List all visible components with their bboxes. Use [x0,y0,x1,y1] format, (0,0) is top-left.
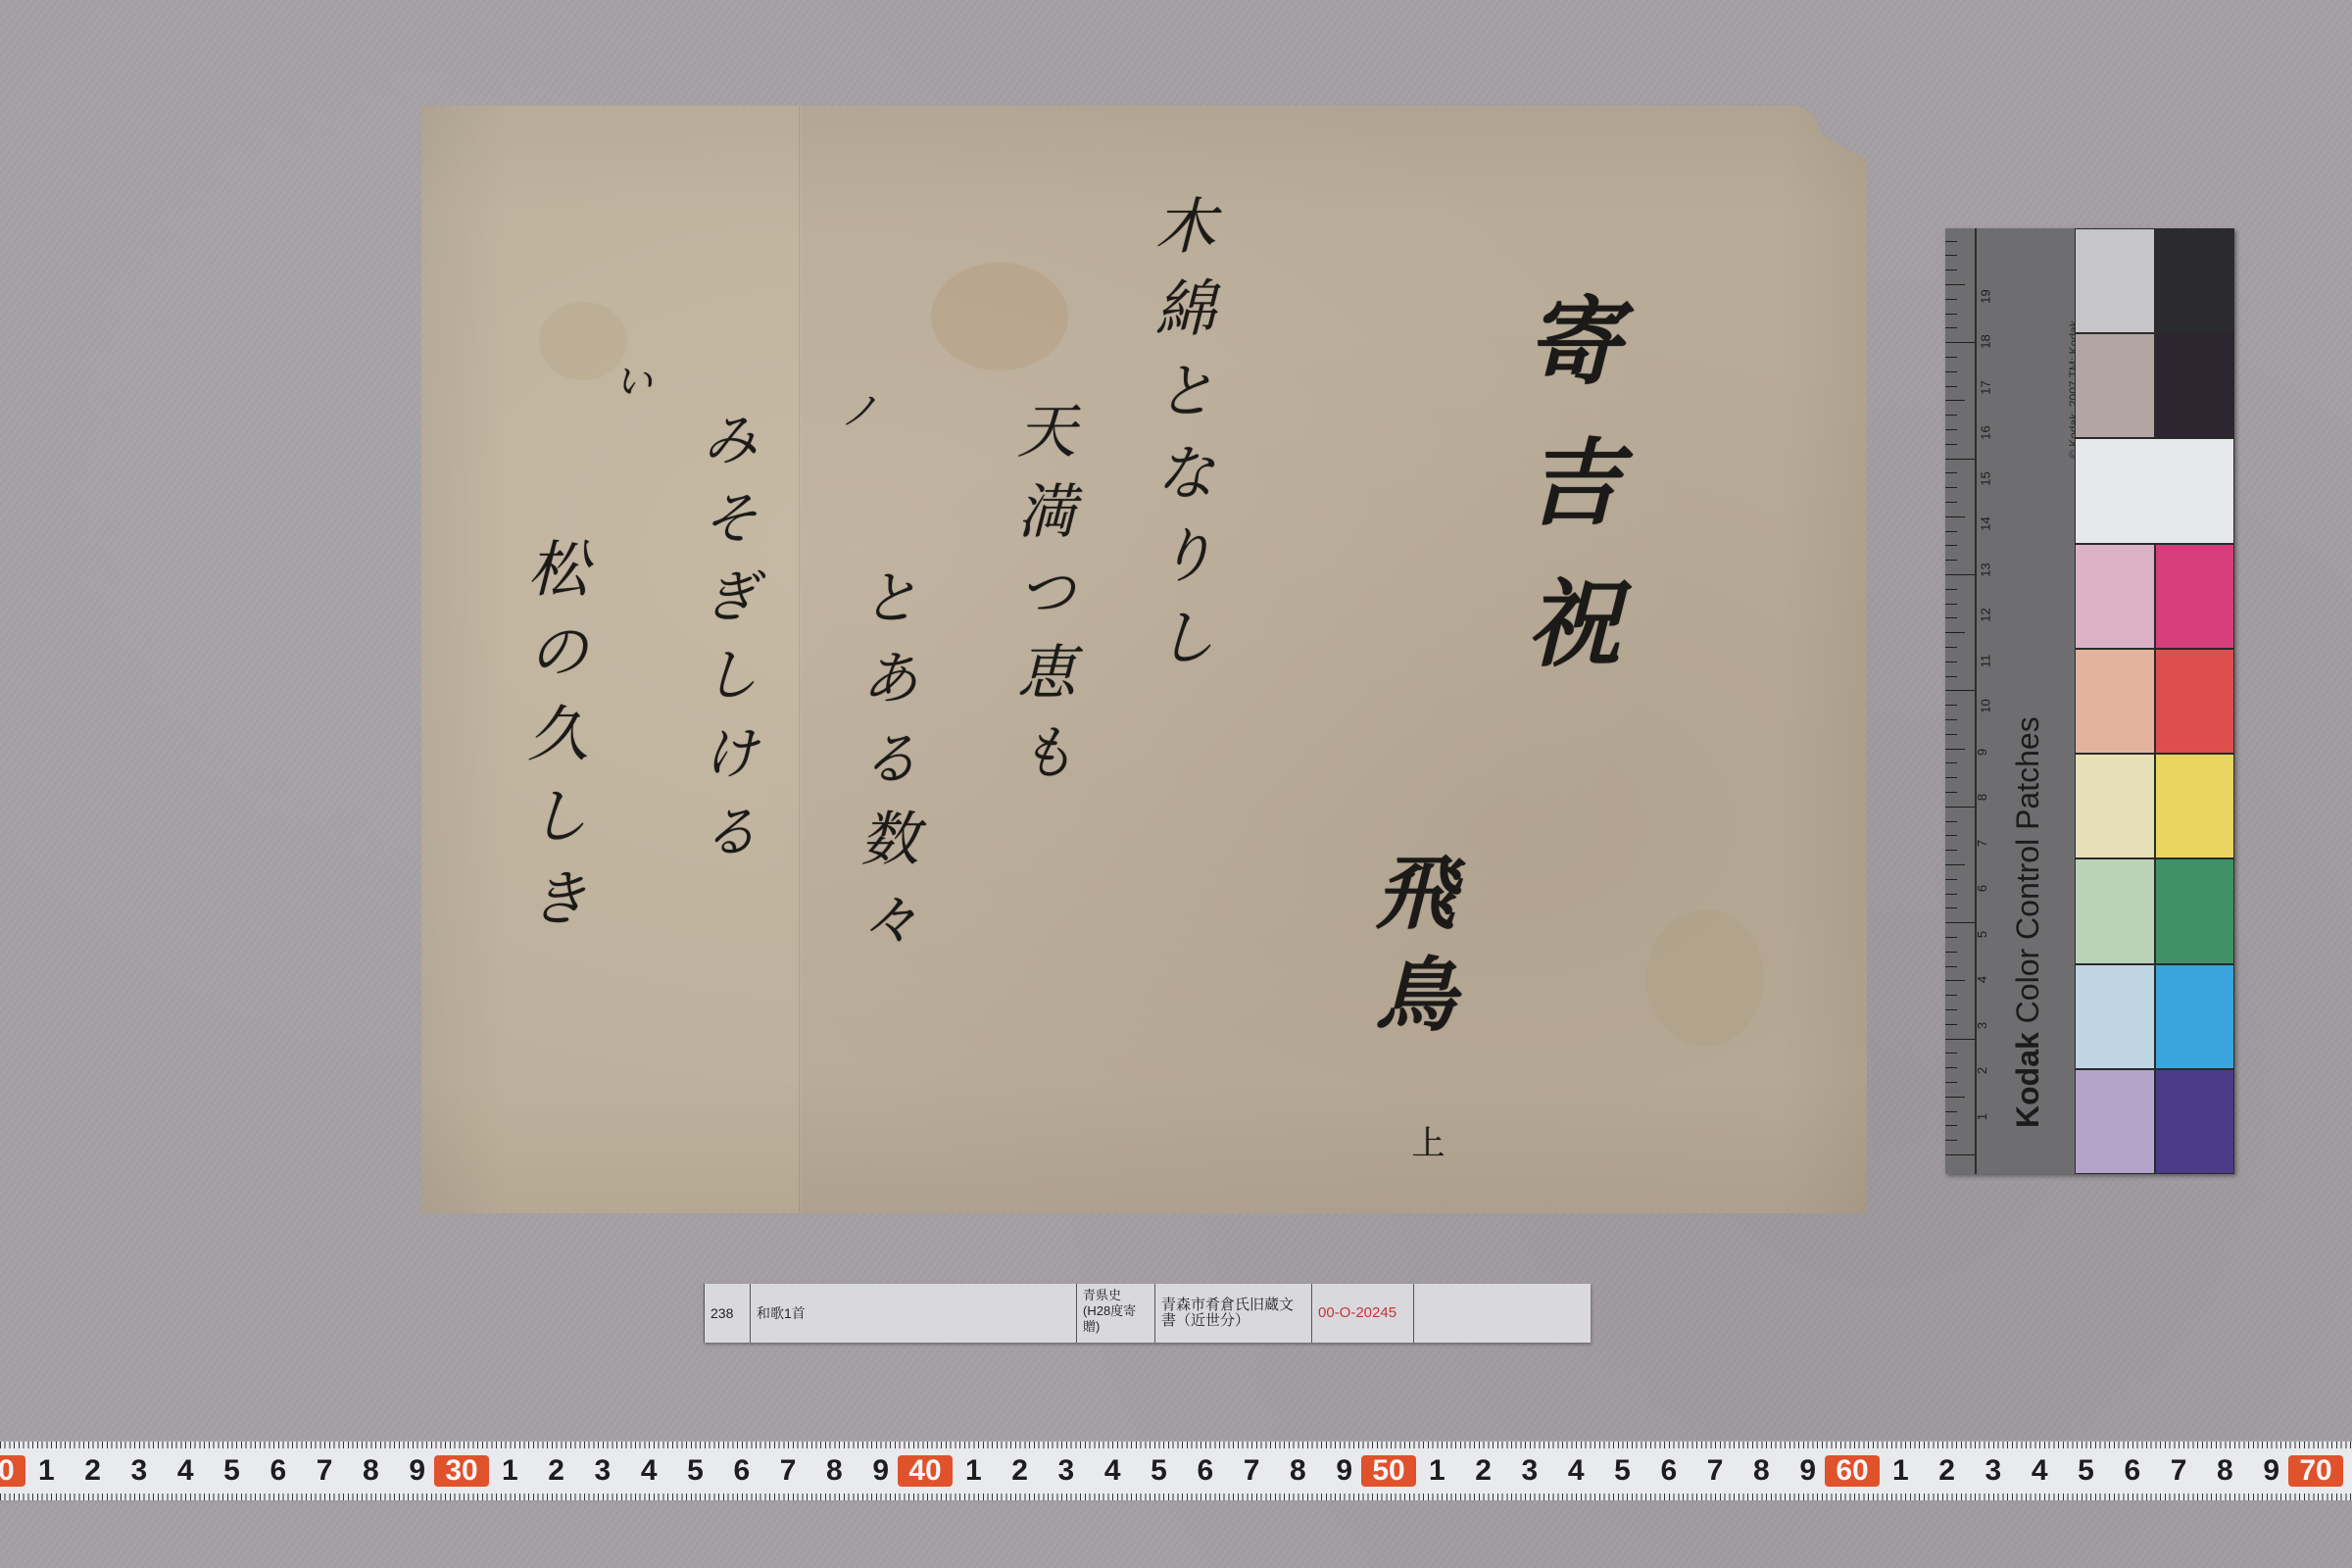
color-patch-yellow-dark [2155,754,2235,858]
measuring-tape: 2012345678930123456789401234567895012345… [0,1441,2352,1501]
scale-tick [1945,749,1965,750]
color-patch-3-color-light [2075,333,2155,438]
cm-scale: 12345678910111213141516171819 [1975,228,2004,1174]
scale-tick [1945,1067,1957,1068]
manuscript-document: 寄吉祝 飛鳥 上 木綿となりし 天満つ恵も とある数々 みそぎしける 松の久しき… [421,106,1867,1213]
scale-tick [1945,589,1957,590]
scale-tick [1945,459,1975,460]
color-patches-grid [2075,228,2234,1174]
scale-tick [1945,574,1975,575]
scale-tick [1945,952,1957,953]
catalog-empty-cell [1414,1284,1591,1343]
scale-tick [1945,719,1957,720]
scale-tick [1945,400,1965,401]
tape-minor-label: 2 [537,1455,576,1487]
cm-mark: 12 [1979,608,1993,621]
tape-minor-label: 9 [2252,1455,2291,1487]
cm-mark: 13 [1979,563,1993,576]
tape-minor-label: 3 [120,1455,159,1487]
color-patch-yellow-light [2075,754,2155,858]
scale-tick [1945,342,1975,343]
scale-tick [1945,807,1975,808]
tape-minor-label: 4 [1556,1455,1595,1487]
poem-title: 寄吉祝 [1499,292,1634,715]
scale-tick [1945,241,1957,242]
scale-tick [1945,690,1975,691]
paper-stain [931,263,1068,370]
tape-minor-label: 7 [1232,1455,1271,1487]
tape-minor-label: 3 [1974,1455,2013,1487]
catalog-label: 238 和歌1首 青県史(H28度寄贈) 青森市肴倉氏旧蔵文書（近世分） 00-… [704,1284,1591,1343]
scale-tick [1945,444,1957,445]
catalog-source: 青県史(H28度寄贈) [1077,1284,1155,1343]
tape-minor-label: 4 [2020,1455,2059,1487]
scale-tick [1945,560,1957,561]
kodak-brand: Kodak Color Control Patches [2010,716,2046,1128]
tape-minor-label: 5 [1140,1455,1179,1487]
color-patch-red-dark [2155,649,2235,754]
color-patch-3-color-dark [2155,333,2235,438]
cm-mark: 19 [1979,289,1993,303]
scale-tick [1945,734,1957,735]
color-patch-red-light [2075,649,2155,754]
scale-tick [1945,1082,1957,1083]
scale-tick [1945,472,1957,473]
tape-minor-label: 3 [1047,1455,1086,1487]
scale-tick [1945,327,1957,328]
poem-line-1: 木綿となりし [1137,194,1224,688]
scale-tick [1945,647,1957,648]
catalog-title: 和歌1首 [751,1284,1077,1343]
scale-tick [1945,1154,1975,1155]
scale-tick [1945,299,1957,300]
scale-tick [1945,617,1957,618]
color-patch-cyan-dark [2155,964,2235,1069]
inch-scale [1945,228,1977,1174]
catalog-number: 238 [704,1284,751,1343]
scale-tick [1945,357,1957,358]
tape-minor-label: 7 [2159,1455,2198,1487]
tape-minor-label: 1 [26,1455,66,1487]
scale-tick [1945,850,1957,851]
cm-mark: 3 [1975,1021,1989,1028]
tape-minor-label: 8 [2205,1455,2244,1487]
tape-major-label: 20 [0,1455,25,1487]
scale-tick [1945,545,1957,546]
color-patch-magenta-light [2075,544,2155,649]
tape-minor-label: 7 [1695,1455,1735,1487]
scale-tick [1945,1097,1965,1098]
author-signature: 飛鳥 [1352,851,1467,1054]
tape-minor-label: 5 [1603,1455,1642,1487]
scale-tick [1945,980,1965,981]
scale-tick [1945,1125,1957,1126]
cm-mark: 10 [1979,699,1993,712]
cm-mark: 14 [1979,516,1993,530]
color-patch-green-dark [2155,858,2235,963]
scale-tick [1945,531,1957,532]
color-patch-black-dark [2155,228,2235,333]
poem-line-5: 松の久しき [510,537,597,949]
cm-mark: 9 [1975,748,1989,755]
scale-tick [1945,1111,1957,1112]
tape-minor-label: 1 [1417,1455,1456,1487]
poem-line-2: 天満つ恵も [1000,400,1084,802]
marginal-mark: い [603,361,659,421]
tape-minor-label: 6 [259,1455,298,1487]
cm-mark: 15 [1979,471,1993,485]
tape-minor-label: 4 [166,1455,205,1487]
cm-mark: 16 [1979,425,1993,439]
color-patch-blue-light [2075,1069,2155,1174]
tape-minor-label: 2 [1001,1455,1040,1487]
tape-major-label: 30 [434,1455,489,1487]
tape-minor-label: 8 [814,1455,854,1487]
tape-minor-label: 1 [490,1455,529,1487]
scale-tick [1945,487,1957,488]
catalog-collection: 青森市肴倉氏旧蔵文書（近世分） [1155,1284,1312,1343]
color-patch-magenta-dark [2155,544,2235,649]
tape-minor-label: 9 [1788,1455,1828,1487]
color-patch-green-light [2075,858,2155,963]
scale-tick [1945,864,1965,865]
tape-minor-label: 1 [954,1455,993,1487]
scale-tick [1945,1140,1957,1141]
tape-minor-label: 7 [768,1455,808,1487]
tape-minor-label: 3 [1510,1455,1549,1487]
tape-minor-label: 9 [398,1455,437,1487]
scale-tick [1945,314,1957,315]
scale-tick [1945,604,1957,605]
scale-tick [1945,705,1957,706]
scale-tick [1945,937,1957,938]
scale-tick [1945,879,1957,880]
scale-tick [1945,632,1965,633]
tape-minor-label: 8 [1741,1455,1781,1487]
tape-minor-label: 6 [1186,1455,1225,1487]
scale-tick [1945,284,1965,285]
tape-minor-label: 4 [629,1455,668,1487]
scale-tick [1945,777,1957,778]
tape-minor-label: 2 [1928,1455,1967,1487]
cm-mark: 6 [1975,885,1989,892]
scale-tick [1945,922,1975,923]
marginal-mark: ノ [828,390,884,451]
color-patch-black-light [2075,228,2155,333]
tape-minor-label: 4 [1093,1455,1132,1487]
scale-tick [1945,516,1965,517]
cm-mark: 4 [1975,976,1989,983]
catalog-id: 00-O-20245 [1312,1284,1414,1343]
scale-tick [1945,907,1957,908]
scale-tick [1945,676,1957,677]
cm-mark: 11 [1978,654,1992,667]
color-patch-white [2075,438,2234,543]
tape-minor-label: 6 [2113,1455,2152,1487]
color-patch-blue-dark [2155,1069,2235,1174]
tape-minor-label: 6 [1649,1455,1689,1487]
tape-minor-label: 1 [1881,1455,1920,1487]
scale-tick [1945,1024,1957,1025]
cm-mark: 8 [1975,794,1989,801]
scale-tick [1945,762,1957,763]
scale-tick [1945,894,1957,895]
poem-line-4: みそぎしける [684,410,766,880]
tape-minor-label: 5 [2067,1455,2106,1487]
tape-minor-label: 2 [1464,1455,1503,1487]
poem-line-3: とある数々 [843,566,927,968]
tape-minor-label: 9 [1325,1455,1364,1487]
scale-tick [1945,255,1957,256]
tape-minor-label: 2 [73,1455,113,1487]
cm-mark: 17 [1979,380,1993,394]
scale-tick [1945,966,1957,967]
paper-stain [1646,909,1764,1047]
tape-minor-label: 8 [351,1455,390,1487]
scale-tick [1945,1053,1957,1053]
cm-mark: 7 [1975,839,1989,846]
tape-major-label: 70 [2288,1455,2343,1487]
tape-minor-label: 9 [861,1455,901,1487]
scale-tick [1945,661,1957,662]
fold-crease [799,106,802,1213]
scale-tick [1945,792,1957,793]
cm-mark: 2 [1975,1067,1989,1074]
tape-minor-label: 5 [213,1455,252,1487]
tape-minor-label: 5 [676,1455,715,1487]
tape-minor-label: 6 [722,1455,761,1487]
scale-tick [1945,1009,1957,1010]
tape-major-label: 40 [898,1455,953,1487]
tape-major-label: 60 [1825,1455,1880,1487]
scale-tick [1945,1039,1975,1040]
tape-minor-label: 3 [583,1455,622,1487]
color-patch-cyan-light [2075,964,2155,1069]
scale-tick [1945,429,1957,430]
scale-tick [1945,386,1957,387]
scale-tick [1945,995,1957,996]
cm-mark: 18 [1979,334,1993,348]
tape-major-label: 50 [1361,1455,1416,1487]
scale-tick [1945,371,1957,372]
tape-minor-label: 8 [1278,1455,1317,1487]
scale-tick [1945,502,1957,503]
scale-tick [1945,835,1957,836]
signature-suffix: 上 [1401,1125,1449,1158]
cm-mark: 5 [1975,930,1989,937]
scale-tick [1945,415,1957,416]
cm-mark: 1 [1975,1112,1989,1119]
tape-minor-label: 7 [305,1455,344,1487]
scale-tick [1945,269,1957,270]
kodak-color-card: 12345678910111213141516171819 Kodak Colo… [1945,228,2234,1174]
scale-tick [1945,821,1957,822]
